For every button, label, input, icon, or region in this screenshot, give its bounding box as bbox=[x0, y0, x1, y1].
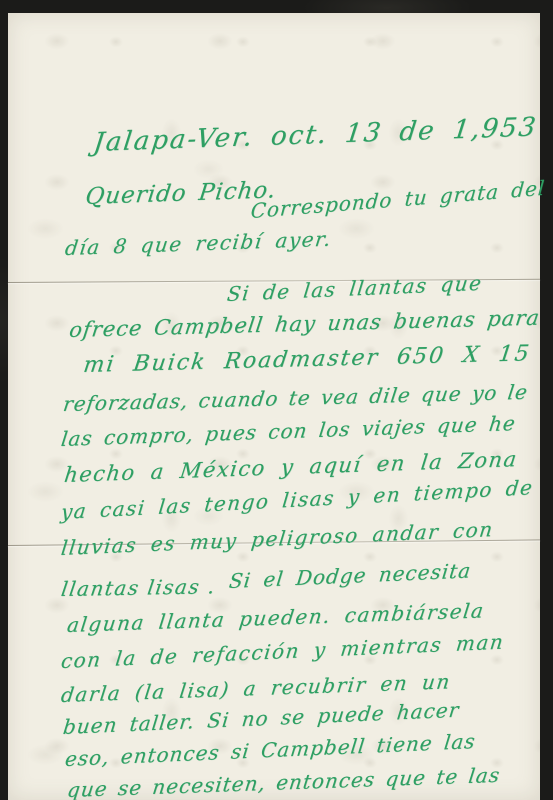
photo-frame: Jalapa-Ver. oct. 13 de 1,953 . Querido P… bbox=[0, 0, 553, 800]
letter-line: llantas lisas . bbox=[60, 576, 217, 599]
